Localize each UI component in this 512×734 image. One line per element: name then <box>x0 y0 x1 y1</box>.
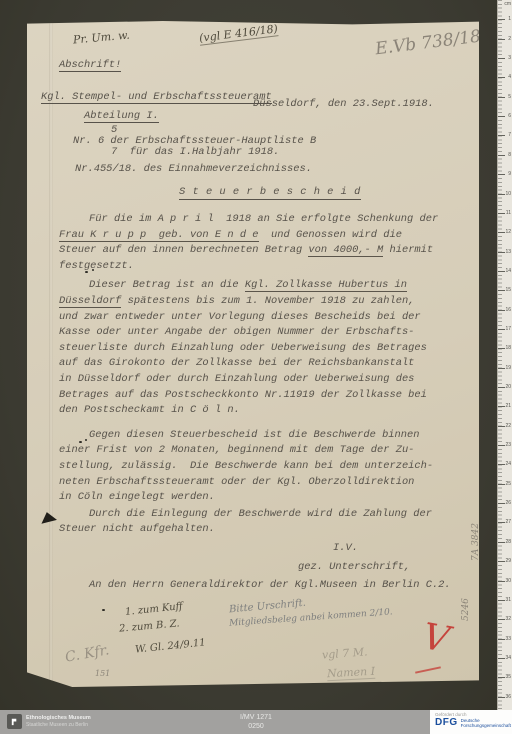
typed-line: den Postscheckamt in C ö l n. <box>59 403 459 419</box>
ruler-label: 2 <box>508 37 511 42</box>
typed-line: Kasse oder unter Angabe der obigen Numme… <box>59 325 459 341</box>
ruler-label: 24 <box>505 462 511 467</box>
handwritten-list-item-3: W. Gl. 24/9.11 <box>135 637 207 655</box>
ruler-tick <box>498 542 505 543</box>
typed-body: Für die im A p r i l 1918 an Sie erfolgt… <box>59 212 459 538</box>
pencil-page-number: 151 <box>95 669 110 678</box>
ruler-label: 35 <box>505 675 511 680</box>
typed-text-segment: Für die im A p r i l 1918 an Sie erfolgt… <box>89 213 438 225</box>
ruler-tick <box>498 348 505 349</box>
ruler-tick <box>498 368 505 369</box>
ruler-label: 29 <box>505 559 511 564</box>
ruler-label: 4 <box>508 75 511 80</box>
ruler-label: 30 <box>505 579 511 584</box>
signature-scribble: C. Kfr. <box>64 642 110 665</box>
ruler-label: 13 <box>505 250 511 255</box>
ruler-tick <box>498 426 505 427</box>
ruler-tick <box>498 271 505 272</box>
typed-line: Dieser Betrag ist an die Kgl. Zollkasse … <box>59 278 459 294</box>
ruler-label: 18 <box>505 346 511 351</box>
ruler-label: 3 <box>508 56 511 61</box>
ruler-tick <box>498 600 505 601</box>
office-name: Kgl. Stempel- und Erbschaftssteueramt <box>41 91 272 104</box>
typed-line: steuerliste durch Einzahlung oder Ueberw… <box>59 341 459 357</box>
handwritten-list-item-1: 1. zum Kuff <box>125 601 184 618</box>
ruler: cm12345678910111213141516171819202122232… <box>497 0 512 710</box>
typed-text-segment: von 4000,- M <box>308 244 383 257</box>
ruler-label: 33 <box>505 637 511 642</box>
photo-background: Pr. Um. w. (vgl E 416/18) E.Vb 738/18 Ab… <box>0 0 512 710</box>
ruler-tick <box>498 232 505 233</box>
typed-text-segment: in Cöln eingelegt werden. <box>59 491 215 503</box>
ruler-label: 17 <box>505 327 511 332</box>
typed-text-segment: Dieser Betrag ist an die <box>89 279 245 291</box>
ruler-tick <box>498 658 505 659</box>
typed-line: Durch die Einlegung der Beschwerde wird … <box>59 507 459 523</box>
ruler-label: 34 <box>505 656 511 661</box>
ruler-label: 1 <box>508 17 511 22</box>
ruler-tick <box>498 39 505 40</box>
typed-text-segment: einer Frist von 2 Monaten, beginnend mit… <box>59 444 414 456</box>
typed-text-segment: und zwar entweder unter Vorlegung dieses… <box>59 311 421 323</box>
typed-line: Steuer nicht aufgehalten. <box>59 522 459 538</box>
typed-line: Gegen diesen Steuerbescheid ist die Besc… <box>59 428 459 444</box>
ruler-tick <box>498 581 505 582</box>
ruler-label: 15 <box>505 288 511 293</box>
ruler-tick <box>498 290 505 291</box>
typed-line: Düsseldorf spätestens bis zum 1. Novembe… <box>59 294 459 310</box>
signed-iv: I.V. <box>333 542 358 554</box>
typed-text-segment: Steuer nicht aufgehalten. <box>59 523 215 535</box>
handwritten-note-top-center: (vgl E 416/18) <box>198 22 278 46</box>
ruler-tick <box>498 174 505 175</box>
typed-line: und zwar entweder unter Vorlegung dieses… <box>59 310 459 326</box>
ruler-tick <box>498 639 505 640</box>
ruler-label: 26 <box>505 501 511 506</box>
ruler-tick <box>498 697 505 698</box>
ruler-label: 11 <box>506 211 511 216</box>
ruler-tick <box>498 155 505 156</box>
ruler-tick <box>498 619 505 620</box>
ruler-label: 7 <box>508 133 511 138</box>
ruler-tick <box>498 522 505 523</box>
list-number-bottom: 7 für das I.Halbjahr 1918. <box>111 146 279 158</box>
ruler-label: 36 <box>505 695 511 700</box>
ruler-label: 22 <box>505 424 511 429</box>
margin-number-2: 5246 <box>461 598 471 621</box>
ruler-label: 10 <box>505 192 511 197</box>
typed-text-segment: Düsseldorf <box>59 295 121 308</box>
typed-line: auf das Girokonto der Zollkasse bei der … <box>59 356 459 372</box>
ruler-label: 31 <box>505 598 511 603</box>
ruler-label: 27 <box>505 520 511 525</box>
ruler-tick <box>498 310 505 311</box>
ruler-label: 8 <box>508 153 511 158</box>
ruler-tick <box>498 387 505 388</box>
ruler-tick <box>498 503 505 504</box>
ruler-tick <box>498 406 505 407</box>
typed-line: in Cöln eingelegt werden. <box>59 490 459 506</box>
viewer-footer-bar: Ethnologisches Museum Staatliche Museen … <box>0 710 512 734</box>
typed-text-segment: Gegen diesen Steuerbescheid ist die Besc… <box>89 429 419 441</box>
recipient-line: An den Herrn Generaldirektor der Kgl.Mus… <box>89 579 451 591</box>
typed-line: Betrages auf das Postscheckkonto Nr.1191… <box>59 388 459 404</box>
place-date: Düsseldorf, den 23.Sept.1918. <box>253 98 434 110</box>
department-line: Abteilung I. <box>84 110 159 123</box>
typed-line: Für die im A p r i l 1918 an Sie erfolgt… <box>59 212 459 228</box>
typed-text-segment: den Postscheckamt in C ö l n. <box>59 404 240 416</box>
handwritten-note-line-1: Bitte Urschrift. <box>229 598 307 616</box>
ruler-label: 32 <box>505 617 511 622</box>
ruler-label: 21 <box>505 404 511 409</box>
typed-text-segment: Steuer auf den innen berechneten Betrag <box>59 244 308 256</box>
dfg-name-line2: Forschungsgemeinschaft <box>461 723 511 728</box>
handwritten-note-top-left: Pr. Um. w. <box>73 29 131 47</box>
typed-text-segment: und Genossen wird die <box>259 229 402 241</box>
red-pencil-underline <box>415 666 441 673</box>
typed-text-segment: Durch die Einlegung der Beschwerde wird … <box>89 508 432 520</box>
dfg-logo: DFG Deutsche Forschungsgemeinschaft <box>435 718 512 728</box>
paper-speck <box>102 609 105 611</box>
document-paper: Pr. Um. w. (vgl E 416/18) E.Vb 738/18 Ab… <box>27 21 479 687</box>
red-pencil-mark: V <box>420 619 452 659</box>
ruler-tick <box>498 329 505 330</box>
edge-ink-mark <box>39 510 57 524</box>
ruler-tick <box>498 561 505 562</box>
typed-line: Frau K r u p p geb. von E n d e und Geno… <box>59 228 459 244</box>
typed-text-segment: festgesetzt. <box>59 260 134 272</box>
copy-label: Abschrift! <box>59 59 121 72</box>
typed-line: einer Frist von 2 Monaten, beginnend mit… <box>59 443 459 459</box>
typed-line: stellung, zulässig. Die Beschwerde kann … <box>59 459 459 475</box>
ruler-tick <box>498 445 505 446</box>
ruler-tick <box>498 484 505 485</box>
ruler-tick <box>498 77 505 78</box>
ruler-tick <box>498 464 505 465</box>
archive-scan-viewer: Pr. Um. w. (vgl E 416/18) E.Vb 738/18 Ab… <box>0 0 512 734</box>
paper-fold-crease <box>49 21 53 687</box>
register-line: Nr.455/18. des Einnahmeverzeichnisses. <box>75 163 312 175</box>
document-title: S t e u e r b e s c h e i d <box>179 186 361 200</box>
ruler-label: 14 <box>505 269 511 274</box>
ruler-unit-label: cm <box>504 2 511 7</box>
typed-line: Steuer auf den innen berechneten Betrag … <box>59 243 459 259</box>
ruler-label: 9 <box>508 172 511 177</box>
ruler-tick <box>498 97 505 98</box>
typed-line: festgesetzt. <box>59 259 459 275</box>
dfg-logo-box: Gefördert durch DFG Deutsche Forschungsg… <box>430 710 512 734</box>
ruler-label: 25 <box>505 482 511 487</box>
dfg-full-name: Deutsche Forschungsgemeinschaft <box>461 718 511 728</box>
typed-text-segment: Frau K r u p p geb. von E n d e <box>59 229 259 242</box>
ruler-label: 12 <box>505 230 511 235</box>
ruler-label: 20 <box>505 385 511 390</box>
typed-text-segment: stellung, zulässig. Die Beschwerde kann … <box>59 460 433 472</box>
typed-text-segment: spätestens bis zum 1. November 1918 zu z… <box>121 295 414 307</box>
ruler-label: 16 <box>505 308 511 313</box>
typed-text-segment: steuerliste durch Einzahlung oder Ueberw… <box>59 342 427 354</box>
ruler-tick <box>498 213 505 214</box>
ruler-label: 28 <box>505 540 511 545</box>
ruler-tick <box>498 116 505 117</box>
ruler-label: 19 <box>505 366 511 371</box>
ruler-tick <box>498 677 505 678</box>
handwritten-file-number: E.Vb 738/18 <box>374 27 482 60</box>
ruler-tick <box>498 194 505 195</box>
faint-note-1: vgl 7 M. <box>322 645 368 661</box>
faint-note-2: Namen I <box>327 665 376 681</box>
typed-text-segment: neten Erbschaftssteueramt oder der Kgl. … <box>59 476 414 488</box>
margin-number-1: 7A 3842 <box>471 523 481 561</box>
typed-text-segment: Kasse oder unter Angabe der obigen Numme… <box>59 326 414 338</box>
ruler-tick <box>498 252 505 253</box>
typed-text-segment: Kgl. Zollkasse Hubertus in <box>245 279 407 292</box>
ruler-tick <box>498 135 505 136</box>
typed-text-segment: Betrages auf das Postscheckkonto Nr.1191… <box>59 389 427 401</box>
signed-line: gez. Unterschrift, <box>298 561 410 573</box>
dfg-abbreviation: DFG <box>435 718 458 728</box>
typed-text-segment: in Düsseldorf oder durch Einzahlung oder… <box>59 373 414 385</box>
ruler-label: 6 <box>508 114 511 119</box>
handwritten-list-item-2: 2. zum B. Z. <box>119 618 180 634</box>
ruler-label: 5 <box>508 95 511 100</box>
typed-text-segment: hiermit <box>383 244 433 256</box>
ruler-label: 23 <box>505 443 511 448</box>
typed-text-segment: auf das Girokonto der Zollkasse bei der … <box>59 357 414 369</box>
typed-line: in Düsseldorf oder durch Einzahlung oder… <box>59 372 459 388</box>
ruler-tick <box>498 19 505 20</box>
typed-line: neten Erbschaftssteueramt oder der Kgl. … <box>59 475 459 491</box>
ruler-tick <box>498 58 505 59</box>
